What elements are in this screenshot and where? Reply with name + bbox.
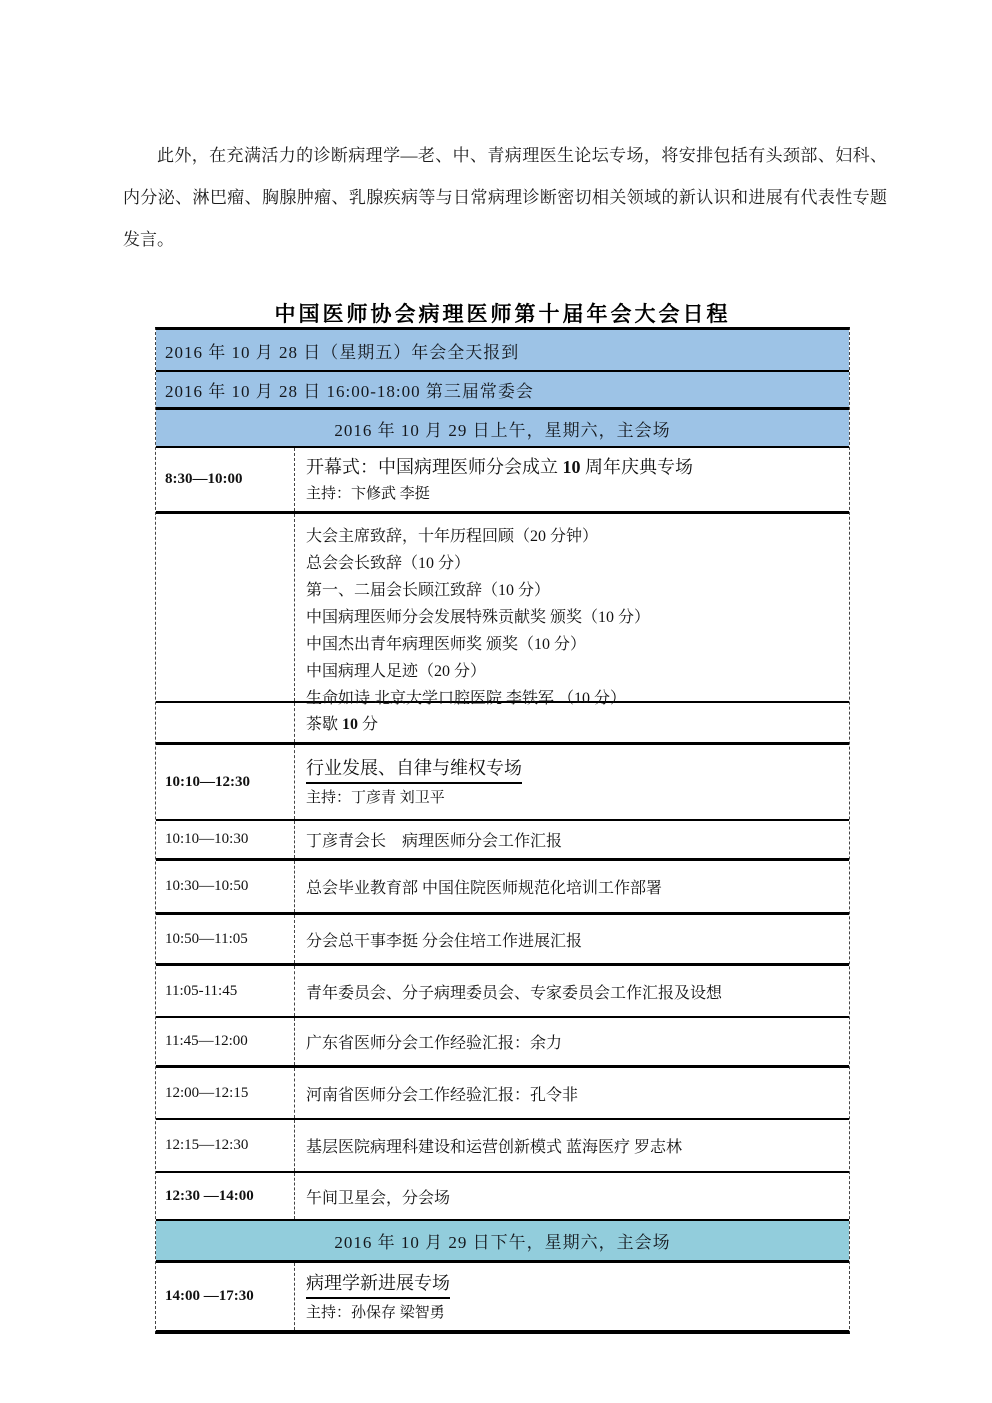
session-title-underlined: 病理学新进展专场: [306, 1270, 450, 1299]
time-cell-empty: [156, 514, 295, 701]
table-row-afternoon-header: 2016 年 10 月 29 日下午，星期六，主会场: [156, 1221, 849, 1263]
time-cell: 12:30 —14:00: [156, 1173, 295, 1219]
session-title-text: 开幕式：中国病理医师分会成立: [306, 457, 563, 477]
session-host: 主持：孙保存 梁智勇: [306, 1302, 843, 1324]
table-row-item: 10:10—10:30 丁彦青会长 病理医师分会工作汇报: [156, 821, 849, 861]
item-text: 总会毕业教育部 中国住院医师规范化培训工作部署: [306, 875, 843, 898]
item-text: 广东省医师分会工作经验汇报：余力: [306, 1030, 843, 1053]
banner-registration: 2016 年 10 月 28 日（星期五）年会全天报到: [156, 330, 849, 370]
table-row-item: 12:15—12:30 基层医院病理科建设和运营创新模式 蓝海医疗 罗志林: [156, 1120, 849, 1173]
content-cell: 茶歇 10 分: [295, 703, 849, 742]
content-cell: 河南省医师分会工作经验汇报：孔令非: [295, 1068, 849, 1118]
tea-break-text: 茶歇 10 分: [306, 711, 843, 734]
time-cell: 10:10—10:30: [156, 821, 295, 858]
tea-break-number: 10: [342, 716, 358, 733]
item-text: 河南省医师分会工作经验汇报：孔令非: [306, 1082, 843, 1105]
content-cell: 开幕式：中国病理医师分会成立 10 周年庆典专场 主持：卞修武 李挺: [295, 448, 849, 511]
table-row-item: 10:30—10:50 总会毕业教育部 中国住院医师规范化培训工作部署: [156, 861, 849, 915]
item-text: 午间卫星会，分会场: [306, 1185, 843, 1208]
time-cell: 10:30—10:50: [156, 861, 295, 912]
session-title-underlined: 行业发展、自律与维权专场: [306, 755, 522, 784]
time-cell: 11:45—12:00: [156, 1018, 295, 1065]
agenda-line: 第一、二届会长顾江致辞（10 分）: [306, 577, 843, 604]
agenda-line: 中国病理人足迹（20 分）: [306, 658, 843, 685]
content-cell: 青年委员会、分子病理委员会、专家委员会工作汇报及设想: [295, 966, 849, 1016]
schedule-table: 2016 年 10 月 28 日（星期五）年会全天报到 2016 年 10 月 …: [155, 327, 850, 1334]
agenda-line: 大会主席致辞，十年历程回顾（20 分钟）: [306, 523, 843, 550]
content-cell: 大会主席致辞，十年历程回顾（20 分钟） 总会会长致辞（10 分） 第一、二届会…: [295, 514, 849, 701]
item-text: 青年委员会、分子病理委员会、专家委员会工作汇报及设想: [306, 980, 843, 1003]
table-row-standing-committee: 2016 年 10 月 28 日 16:00-18:00 第三届常委会: [156, 372, 849, 410]
item-text: 基层医院病理科建设和运营创新模式 蓝海医疗 罗志林: [306, 1134, 843, 1157]
content-cell: 午间卫星会，分会场: [295, 1173, 849, 1219]
tea-break-post: 分: [358, 716, 378, 733]
item-text: 丁彦青会长 病理医师分会工作汇报: [306, 828, 843, 851]
table-row-lunch-satellite: 12:30 —14:00 午间卫星会，分会场: [156, 1173, 849, 1221]
table-row-opening-ceremony: 8:30—10:00 开幕式：中国病理医师分会成立 10 周年庆典专场 主持：卞…: [156, 448, 849, 514]
time-cell: 10:10—12:30: [156, 745, 295, 819]
content-cell: 广东省医师分会工作经验汇报：余力: [295, 1018, 849, 1065]
banner-morning-session: 2016 年 10 月 29 日上午，星期六，主会场: [156, 410, 849, 446]
session-host: 主持：卞修武 李挺: [306, 483, 843, 505]
table-row-registration: 2016 年 10 月 28 日（星期五）年会全天报到: [156, 330, 849, 372]
item-text: 分会总干事李挺 分会住培工作进展汇报: [306, 928, 843, 951]
intro-paragraph: 此外，在充满活力的诊断病理学—老、中、青病理医生论坛专场，将安排包括有头颈部、妇…: [123, 135, 887, 261]
session-title: 开幕式：中国病理医师分会成立 10 周年庆典专场: [306, 454, 843, 480]
table-row-morning-header: 2016 年 10 月 29 日上午，星期六，主会场: [156, 410, 849, 448]
content-cell: 病理学新进展专场 主持：孙保存 梁智勇: [295, 1263, 849, 1330]
tea-break-pre: 茶歇: [306, 716, 342, 733]
time-cell: 11:05-11:45: [156, 966, 295, 1016]
time-cell: 10:50—11:05: [156, 915, 295, 963]
content-cell: 丁彦青会长 病理医师分会工作汇报: [295, 821, 849, 858]
content-cell: 分会总干事李挺 分会住培工作进展汇报: [295, 915, 849, 963]
table-row-item: 11:05-11:45 青年委员会、分子病理委员会、专家委员会工作汇报及设想: [156, 966, 849, 1018]
agenda-line: 总会会长致辞（10 分）: [306, 550, 843, 577]
document-page: 此外，在充满活力的诊断病理学—老、中、青病理医生论坛专场，将安排包括有头颈部、妇…: [0, 0, 992, 1403]
session-title-number: 10: [563, 457, 581, 477]
table-row-industry-session: 10:10—12:30 行业发展、自律与维权专场 主持：丁彦青 刘卫平: [156, 745, 849, 821]
schedule-title: 中国医师协会病理医师第十届年会大会日程: [155, 301, 850, 327]
content-cell: 行业发展、自律与维权专场 主持：丁彦青 刘卫平: [295, 745, 849, 819]
content-cell: 总会毕业教育部 中国住院医师规范化培训工作部署: [295, 861, 849, 912]
time-cell-empty: [156, 703, 295, 742]
session-title-text: 周年庆典专场: [581, 457, 694, 477]
time-cell: 12:00—12:15: [156, 1068, 295, 1118]
table-row-agenda-lines: 大会主席致辞，十年历程回顾（20 分钟） 总会会长致辞（10 分） 第一、二届会…: [156, 514, 849, 703]
table-row-item: 12:00—12:15 河南省医师分会工作经验汇报：孔令非: [156, 1068, 849, 1120]
banner-afternoon-session: 2016 年 10 月 29 日下午，星期六，主会场: [156, 1221, 849, 1260]
table-row-item: 11:45—12:00 广东省医师分会工作经验汇报：余力: [156, 1018, 849, 1068]
time-cell: 12:15—12:30: [156, 1120, 295, 1171]
table-row-item: 10:50—11:05 分会总干事李挺 分会住培工作进展汇报: [156, 915, 849, 966]
table-row-pathology-advances: 14:00 —17:30 病理学新进展专场 主持：孙保存 梁智勇: [156, 1263, 849, 1330]
banner-standing-committee: 2016 年 10 月 28 日 16:00-18:00 第三届常委会: [156, 372, 849, 407]
time-cell: 14:00 —17:30: [156, 1263, 295, 1330]
session-host: 主持：丁彦青 刘卫平: [306, 787, 843, 809]
agenda-line: 中国病理医师分会发展特殊贡献奖 颁奖（10 分）: [306, 604, 843, 631]
time-cell: 8:30—10:00: [156, 448, 295, 511]
table-row-tea-break: 茶歇 10 分: [156, 703, 849, 745]
content-cell: 基层医院病理科建设和运营创新模式 蓝海医疗 罗志林: [295, 1120, 849, 1171]
agenda-line: 中国杰出青年病理医师奖 颁奖（10 分）: [306, 631, 843, 658]
